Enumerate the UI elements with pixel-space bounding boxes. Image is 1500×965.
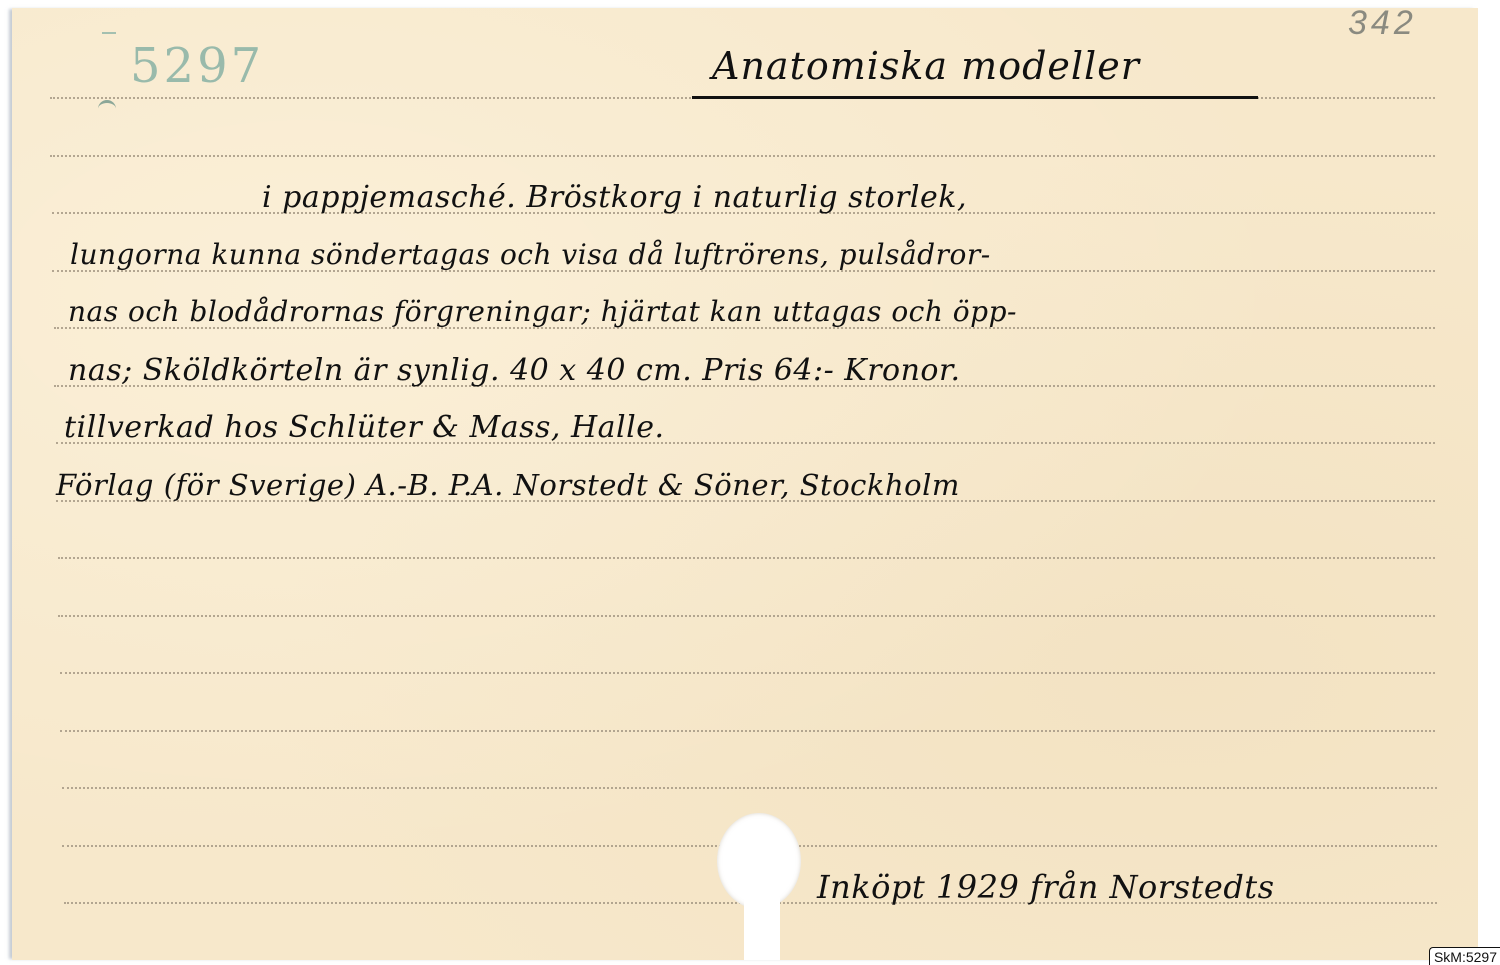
ruled-line	[60, 672, 1435, 674]
stamp-mark	[98, 100, 116, 109]
body-line-3: nas och blodådrornas förgreningar; hjärt…	[68, 295, 1017, 328]
purchase-note: Inköpt 1929 från Norstedts	[817, 868, 1275, 906]
body-line-1: i pappjemasché. Bröstkorg i naturlig sto…	[262, 180, 967, 215]
ruled-line	[58, 557, 1435, 559]
body-line-2: lungorna kunna söndertagas och visa då l…	[70, 238, 991, 271]
inventory-stamp-number: 5297	[130, 38, 264, 94]
card-title: Anatomiska modeller	[712, 44, 1140, 88]
punched-hole-slot	[744, 893, 780, 960]
ruled-line	[58, 615, 1435, 617]
body-line-5: tillverkad hos Schlüter & Mass, Halle.	[64, 410, 665, 445]
ruled-line	[60, 730, 1435, 732]
title-underline	[692, 96, 1258, 99]
body-line-4: nas; Sköldkörteln är synlig. 40 x 40 cm.…	[68, 353, 961, 388]
ruled-line	[50, 155, 1435, 157]
ruled-line	[62, 787, 1437, 789]
catalog-card: 5297 342 Anatomiska modeller i pappjemas…	[12, 8, 1478, 960]
body-line-6: Förlag (för Sverige) A.-B. P.A. Norstedt…	[56, 468, 960, 502]
pencil-page-number: 342	[1348, 8, 1417, 43]
stamp-superscript	[102, 32, 116, 40]
catalog-id-label: SkM:5297	[1429, 947, 1500, 965]
